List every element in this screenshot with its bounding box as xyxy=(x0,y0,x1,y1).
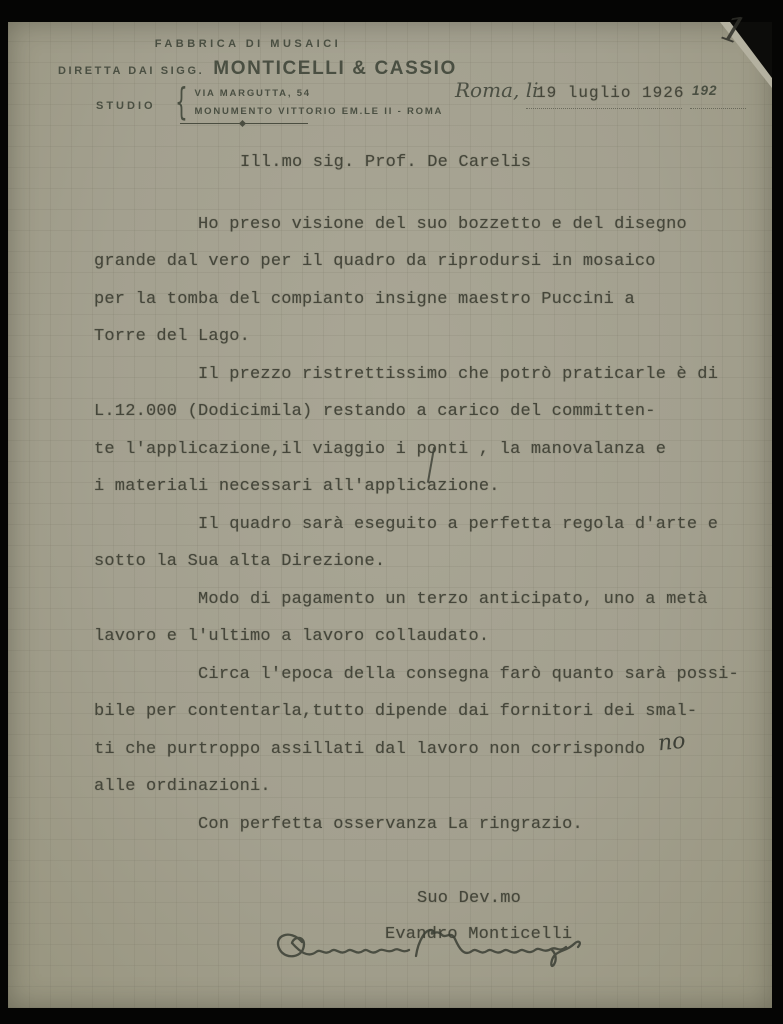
studio-address-monument: MONUMENTO VITTORIO EM.LE II - ROMA xyxy=(194,106,443,117)
letter-line: Il prezzo ristrettissimo che potrò prati… xyxy=(94,356,754,394)
letter-line: ti che purtroppo assillati dal lavoro no… xyxy=(94,731,754,769)
date-underline-dotted xyxy=(526,108,682,109)
letter-line: bile per contentarla,tutto dipende dai f… xyxy=(94,693,754,731)
letter-line: grande dal vero per il quadro da riprodu… xyxy=(94,243,754,281)
letterhead-directors-line: DIRETTA DAI SIGG. MONTICELLI & CASSIO xyxy=(58,58,457,80)
letterhead-divider-rule xyxy=(180,123,308,124)
letterhead-studio-block: STUDIO { VIA MARGUTTA, 54 MONUMENTO VITT… xyxy=(96,82,443,123)
letter-body: Ill.mo sig. Prof. De Carelis Ho preso vi… xyxy=(94,144,754,843)
letterhead-firm-name: MONTICELLI & CASSIO xyxy=(213,58,457,80)
dateline-place-printed: Roma, li xyxy=(455,78,539,102)
letter-line: Circa l'epoca della consegna farò quanto… xyxy=(94,656,754,694)
body-lines: Ho preso visione del suo bozzetto e del … xyxy=(94,206,754,844)
letter-line: sotto la Sua alta Direzione. xyxy=(94,543,754,581)
brace-glyph: { xyxy=(175,81,188,124)
studio-label: STUDIO xyxy=(96,100,156,112)
scanned-letter-page: 1 FABBRICA DI MUSAICI DIRETTA DAI SIGG. … xyxy=(0,0,783,1024)
dateline-date-typed: 19 luglio 1926 xyxy=(536,84,684,102)
handwritten-correction: no xyxy=(657,729,687,757)
signature-handwritten xyxy=(266,910,586,994)
letter-line: per la tomba del compianto insigne maest… xyxy=(94,281,754,319)
year-underline-dotted xyxy=(690,108,746,109)
letter-line: L.12.000 (Dodicimila) restando a carico … xyxy=(94,393,754,431)
letter-line: alle ordinazioni. xyxy=(94,768,754,806)
letter-line: lavoro e l'ultimo a lavoro collaudato. xyxy=(94,618,754,656)
letter-paper: 1 FABBRICA DI MUSAICI DIRETTA DAI SIGG. … xyxy=(8,22,772,1008)
letter-line: Ho preso visione del suo bozzetto e del … xyxy=(94,206,754,244)
salutation-line: Ill.mo sig. Prof. De Carelis xyxy=(94,144,754,182)
letter-line: Il quadro sarà eseguito a perfetta regol… xyxy=(94,506,754,544)
letterhead-company-line: FABBRICA DI MUSAICI xyxy=(8,38,488,50)
letter-line: Modo di pagamento un terzo anticipato, u… xyxy=(94,581,754,619)
letterhead-directed-by: DIRETTA DAI SIGG. xyxy=(58,65,204,77)
letter-line: te l'applicazione,il viaggio i ponti , l… xyxy=(94,431,754,469)
letter-line: Torre del Lago. xyxy=(94,318,754,356)
dateline-year-printed: 192 xyxy=(692,83,718,98)
letter-line: Con perfetta osservanza La ringrazio. xyxy=(94,806,754,844)
letter-line: i materiali necessari all'applicazione. xyxy=(94,468,754,506)
studio-address-street: VIA MARGUTTA, 54 xyxy=(194,88,443,99)
